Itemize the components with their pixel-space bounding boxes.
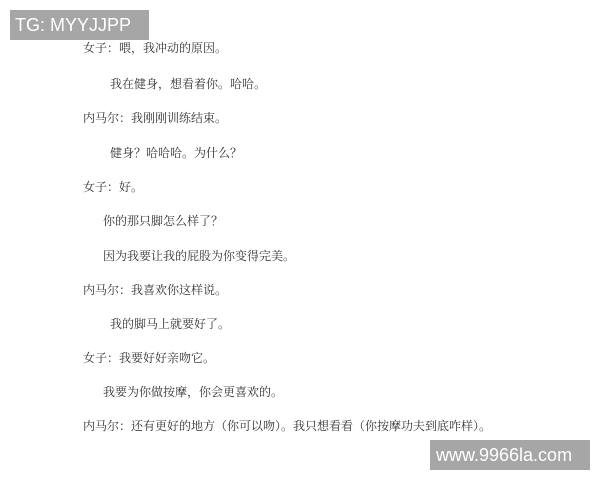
dialogue-line-6: 你的那只脚怎么样了？	[103, 213, 223, 229]
dialogue-line-3: 内马尔：我刚刚训练结束。	[83, 110, 227, 126]
dialogue-line-10: 女子：我要好好亲吻它。	[83, 350, 215, 366]
dialogue-line-7: 因为我要让我的屁股为你变得完美。	[103, 248, 295, 264]
watermark-tg: TG: MYYJJPP	[10, 10, 149, 40]
dialogue-line-2: 我在健身，想看着你。哈哈。	[110, 76, 266, 92]
dialogue-line-9: 我的脚马上就要好了。	[110, 316, 230, 332]
dialogue-line-12: 内马尔：还有更好的地方（你可以吻）。我只想看看（你按摩功夫到底咋样）。	[83, 418, 491, 434]
dialogue-line-11: 我要为你做按摩，你会更喜欢的。	[103, 384, 283, 400]
watermark-site: www.9966la.com	[430, 440, 590, 470]
dialogue-line-8: 内马尔：我喜欢你这样说。	[83, 282, 227, 298]
dialogue-line-4: 健身？哈哈哈。为什么？	[110, 145, 242, 161]
dialogue-line-1: 女子：喂，我冲动的原因。	[83, 40, 227, 56]
dialogue-line-5: 女子：好。	[83, 179, 143, 195]
